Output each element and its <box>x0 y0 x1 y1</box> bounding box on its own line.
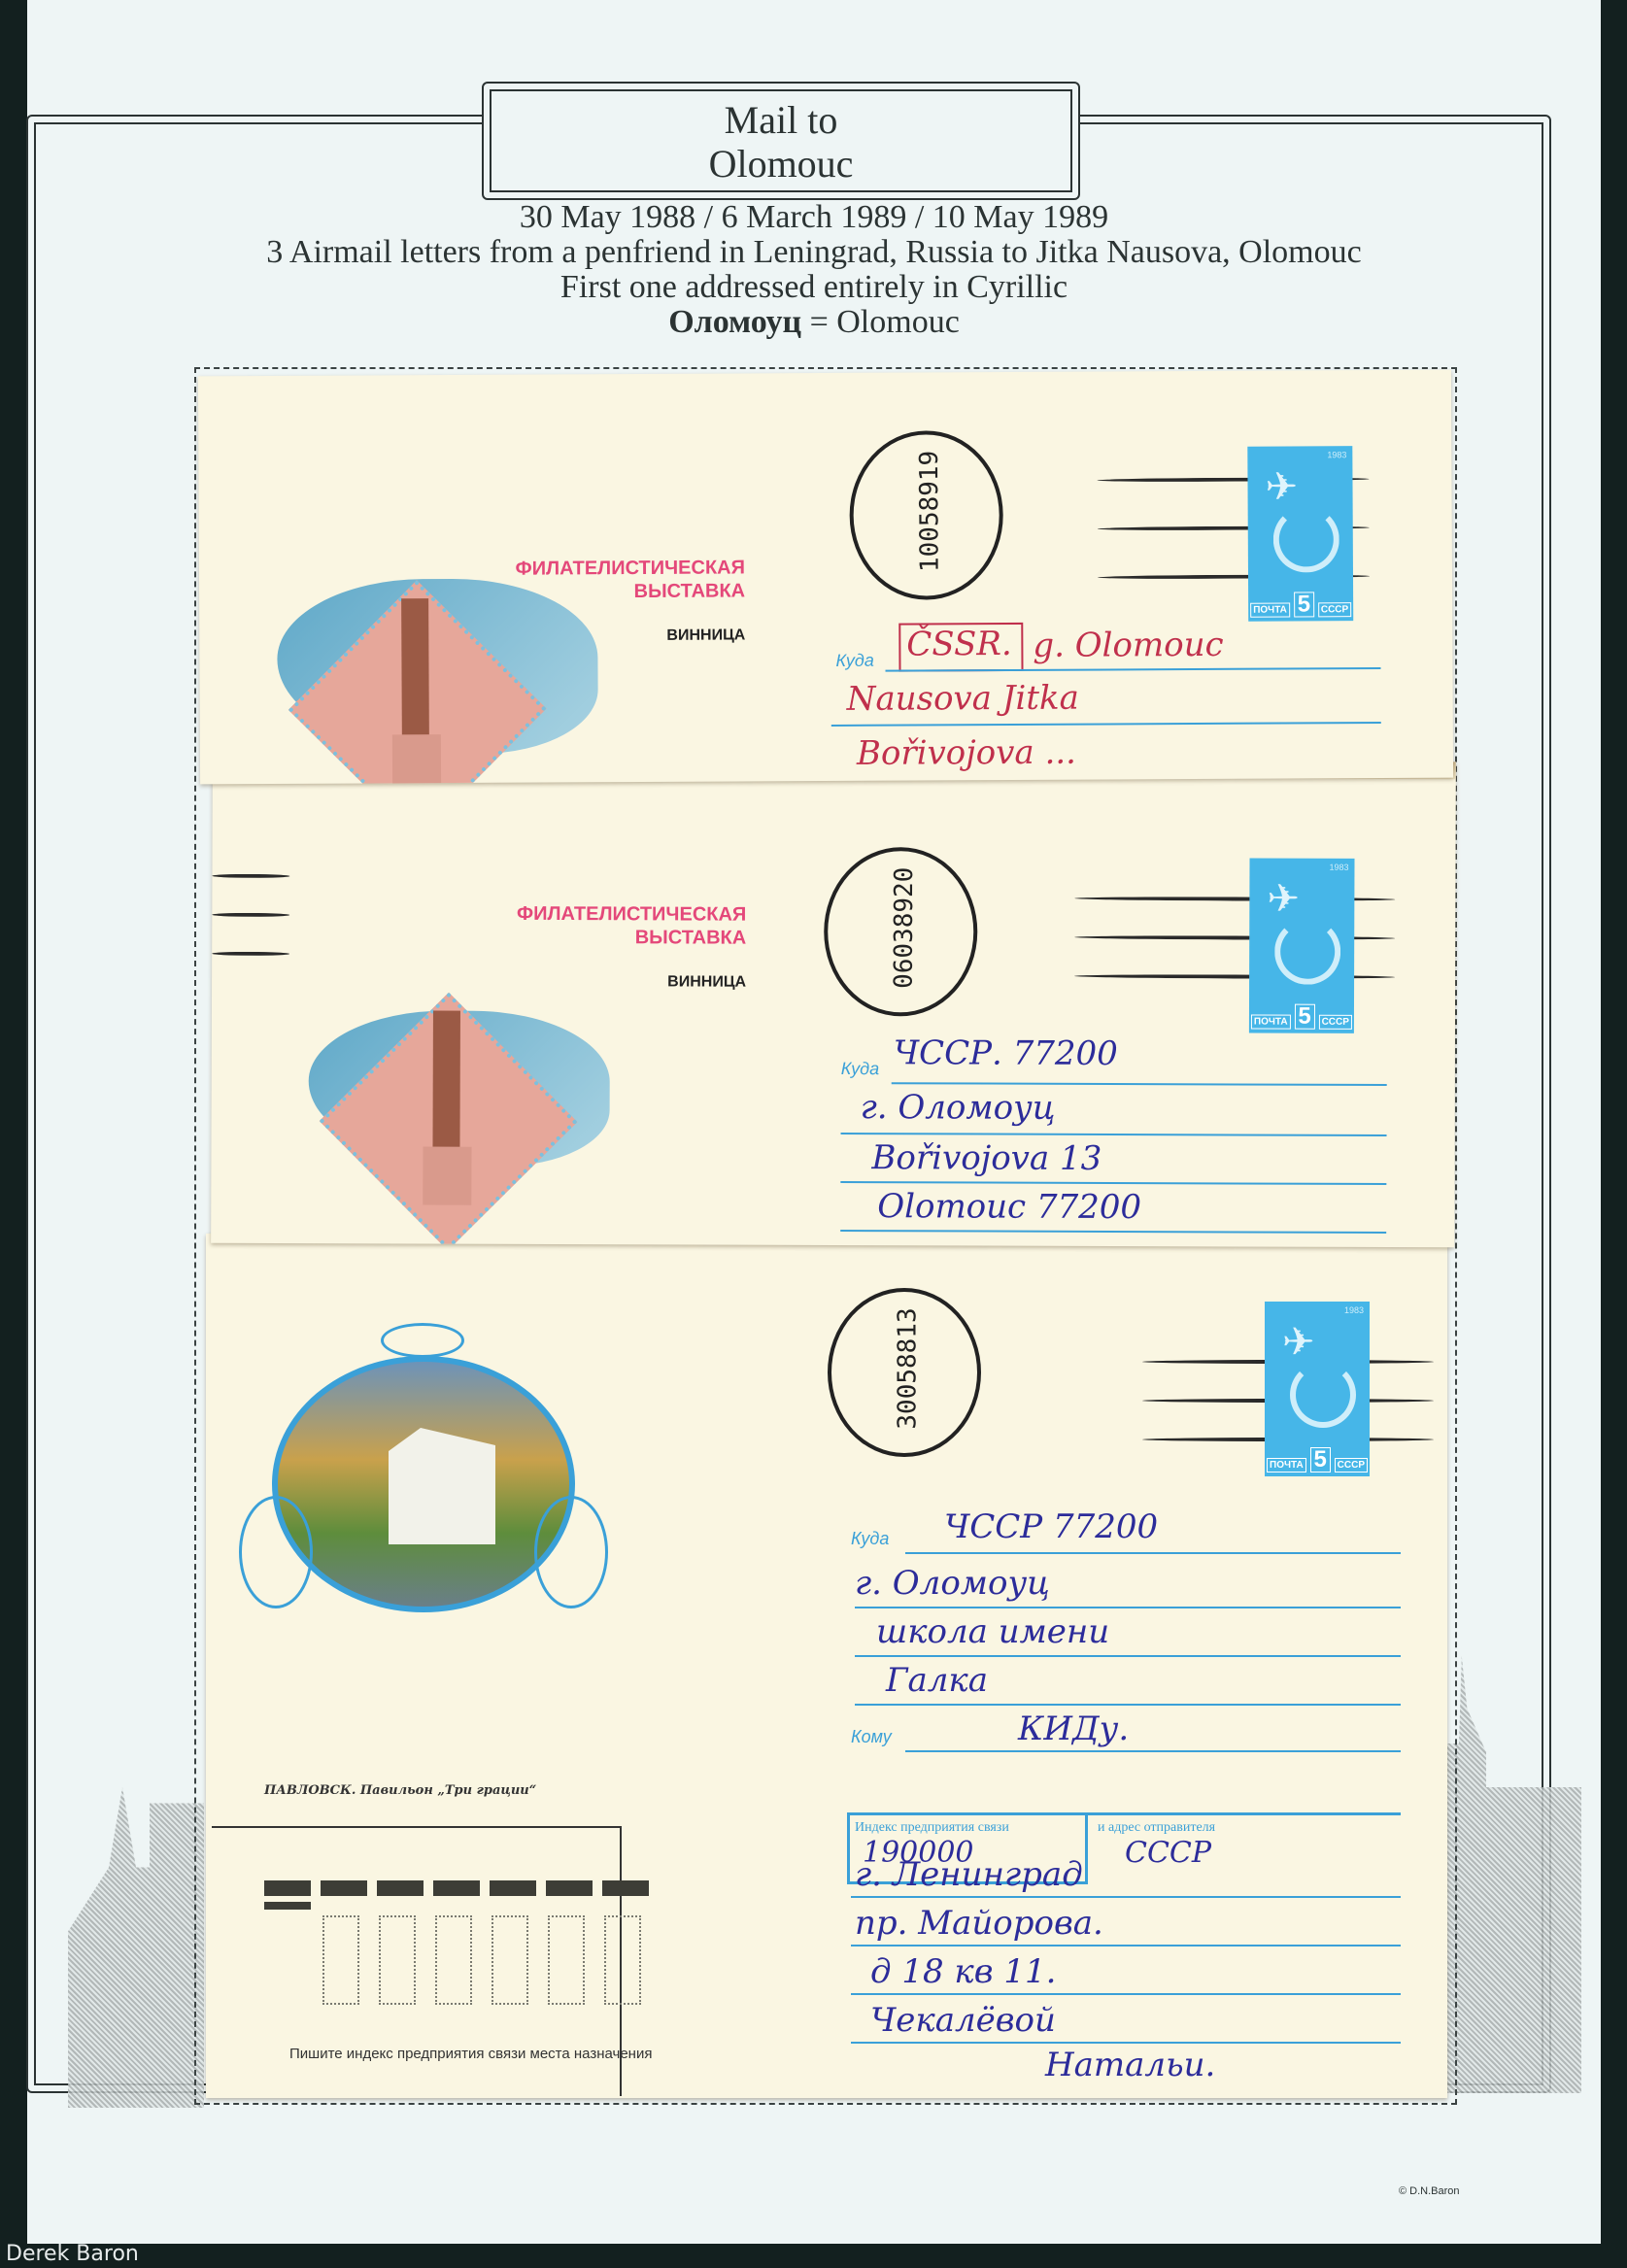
label-to: Куда <box>835 651 873 671</box>
address-line <box>855 1655 1401 1657</box>
watermark: Derek Baron <box>6 2242 139 2266</box>
postcode-bar <box>264 1880 311 1896</box>
postmark-date: 30058813 <box>894 1307 923 1429</box>
address-text: Галка <box>886 1661 988 1700</box>
address-text: Bořivojova 13 <box>871 1138 1102 1178</box>
postcode-bar <box>321 1880 367 1896</box>
imprinted-stamp: 1983 ✈ ПОЧТА5СССР <box>1265 1302 1370 1476</box>
address-line <box>840 1230 1386 1234</box>
stamp-label-right: СССР <box>1335 1458 1368 1473</box>
exhibition-city: ВИННИЦА <box>503 970 746 995</box>
translation-latin: = Olomouc <box>801 304 960 340</box>
postcode-bar <box>602 1880 649 1896</box>
monument-statue <box>432 1011 460 1157</box>
address-text: Olomouc 77200 <box>877 1187 1141 1227</box>
sender-address-label: и адрес отправителя <box>1098 1820 1215 1836</box>
stamp-value: 5 <box>1310 1447 1331 1473</box>
stamp-year: 1983 <box>1327 450 1346 459</box>
stamp-label-left: ПОЧТА <box>1250 602 1290 617</box>
ornament-right <box>534 1496 608 1608</box>
address-text: Nausova Jitka <box>847 679 1079 719</box>
stamp-label-right: СССР <box>1319 1015 1352 1030</box>
address-line <box>905 1750 1401 1752</box>
postcode-bar <box>377 1880 424 1896</box>
translation-line: Оломоуц = Olomouc <box>27 305 1601 340</box>
envelope-3: ПАВЛОВСК. Павильон „Три грации“ Пишите и… <box>206 1234 1447 2098</box>
envelope-1: ФИЛАТЕЛИСТИЧЕСКАЯ ВЫСТАВКА ВИННИЦА 10058… <box>198 370 1453 785</box>
imprinted-stamp: 1983 ✈ ПОЧТА5СССР <box>1247 446 1353 622</box>
stamp-label-left: ПОЧТА <box>1267 1458 1306 1473</box>
address-line <box>892 1082 1387 1086</box>
globe-icon <box>1290 1362 1356 1428</box>
stamp-year: 1983 <box>1344 1305 1364 1315</box>
envelope-2: ФИЛАТЕЛИСТИЧЕСКАЯ ВЫСТАВКА ВИННИЦА 06038… <box>211 758 1456 1247</box>
note-line: First one addressed entirely in Cyrillic <box>27 270 1601 305</box>
address-text: ČSSR. <box>906 625 1012 664</box>
address-line <box>855 1704 1401 1706</box>
globe-icon <box>1273 506 1339 572</box>
postcode-digit-box <box>435 1915 472 2005</box>
airplane-icon: ✈ <box>1267 876 1300 922</box>
postcode-bar <box>490 1880 536 1896</box>
exhibition-title-line-2: ВЫСТАВКА <box>491 579 745 603</box>
sender-line <box>851 2042 1401 2044</box>
address-text: g. Olomouc <box>1033 626 1223 665</box>
exhibition-title-line-2: ВЫСТАВКА <box>503 926 746 950</box>
stamp-year: 1983 <box>1329 863 1348 872</box>
postcode-digit-box <box>604 1915 641 2005</box>
monument-statue <box>401 598 429 744</box>
dates-line: 30 May 1988 / 6 March 1989 / 10 May 1989 <box>27 200 1601 235</box>
address-text: ЧССР 77200 <box>944 1507 1158 1546</box>
monument-pedestal <box>392 734 441 784</box>
monument-pedestal <box>423 1147 471 1205</box>
address-text: ЧССР. 77200 <box>894 1033 1118 1073</box>
exhibition-title-line-1: ФИЛАТЕЛИСТИЧЕСКАЯ <box>503 902 746 927</box>
stamp-label-right: СССР <box>1318 602 1351 617</box>
sender-address-text: пр. Майорова. <box>855 1904 1103 1943</box>
exhibition-title: ФИЛАТЕЛИСТИЧЕСКАЯ ВЫСТАВКА ВИННИЦА <box>491 556 745 648</box>
postcode-digit-box <box>491 1915 528 2005</box>
postcode-digit-box <box>379 1915 416 2005</box>
postcode-digit-box <box>322 1915 359 2005</box>
imprinted-stamp: 1983 ✈ ПОЧТА5СССР <box>1249 858 1355 1032</box>
translation-cyrillic: Оломоуц <box>668 304 801 340</box>
postcode-bar <box>264 1902 311 1910</box>
address-text: КИДу. <box>1018 1709 1129 1748</box>
picture-caption: ПАВЛОВСК. Павильон „Три грации“ <box>264 1783 536 1798</box>
globe-icon <box>1274 919 1340 985</box>
address-text: г. Оломоуц <box>855 1564 1050 1603</box>
stamp-value: 5 <box>1294 1004 1314 1030</box>
address-text: г. Оломоуц <box>861 1088 1056 1128</box>
cancellation-line <box>212 952 289 956</box>
postmark-date: 06038920 <box>890 867 919 989</box>
page-title: Mail to Olomouc <box>490 89 1072 185</box>
sender-address-text: г. Ленинград <box>855 1855 1083 1894</box>
description-line: 3 Airmail letters from a penfriend in Le… <box>27 235 1601 270</box>
title-line-1: Mail to <box>490 97 1072 144</box>
address-line <box>905 1552 1401 1554</box>
address-line <box>841 1133 1387 1136</box>
label-to: Куда <box>851 1529 889 1549</box>
postcode-bar <box>546 1880 593 1896</box>
label-to: Куда <box>841 1059 879 1079</box>
postmark-date: 10058919 <box>915 451 945 572</box>
sender-line <box>851 1945 1401 1946</box>
address-line <box>840 1181 1386 1185</box>
sender-country: СССР <box>1125 1836 1211 1870</box>
postcode-bar <box>433 1880 480 1896</box>
copyright: © D.N.Baron <box>1399 2185 1460 2197</box>
sender-line <box>851 1993 1401 1995</box>
pavilion-building <box>389 1428 495 1544</box>
address-text: Bořivojova ... <box>857 733 1076 773</box>
sender-address-text: д 18 кв 11. <box>870 1952 1056 1991</box>
cancellation-line <box>212 874 289 878</box>
stamp-value: 5 <box>1294 592 1314 617</box>
postcode-digit-box <box>548 1915 585 2005</box>
sender-line <box>851 1896 1401 1898</box>
ornament-left <box>239 1496 313 1608</box>
label-whom: Кому <box>851 1727 892 1747</box>
sender-address-text: Чекалёвой <box>870 2001 1056 2040</box>
sender-top-line <box>847 1812 1401 1815</box>
page-subtitle: 30 May 1988 / 6 March 1989 / 10 May 1989… <box>27 200 1601 340</box>
title-line-2: Olomouc <box>490 144 1072 185</box>
address-text: школа имени <box>876 1612 1109 1651</box>
address-line <box>831 722 1381 727</box>
airplane-icon: ✈ <box>1282 1319 1315 1365</box>
cancellation-line <box>212 913 289 917</box>
address-line <box>855 1607 1401 1608</box>
ornament-top <box>381 1323 464 1358</box>
exhibition-title: ФИЛАТЕЛИСТИЧЕСКАЯ ВЫСТАВКА ВИННИЦА <box>503 902 746 995</box>
postcode-instruction: Пишите индекс предприятия связи места на… <box>289 2046 652 2062</box>
airplane-icon: ✈ <box>1265 463 1298 509</box>
exhibition-city: ВИННИЦА <box>491 624 745 648</box>
exhibition-title-line-1: ФИЛАТЕЛИСТИЧЕСКАЯ <box>491 556 745 580</box>
sender-index-label: Индекс предприятия связи <box>855 1820 1009 1836</box>
stamp-label-left: ПОЧТА <box>1251 1015 1291 1030</box>
sender-address-text: Натальи. <box>1045 2046 1215 2084</box>
